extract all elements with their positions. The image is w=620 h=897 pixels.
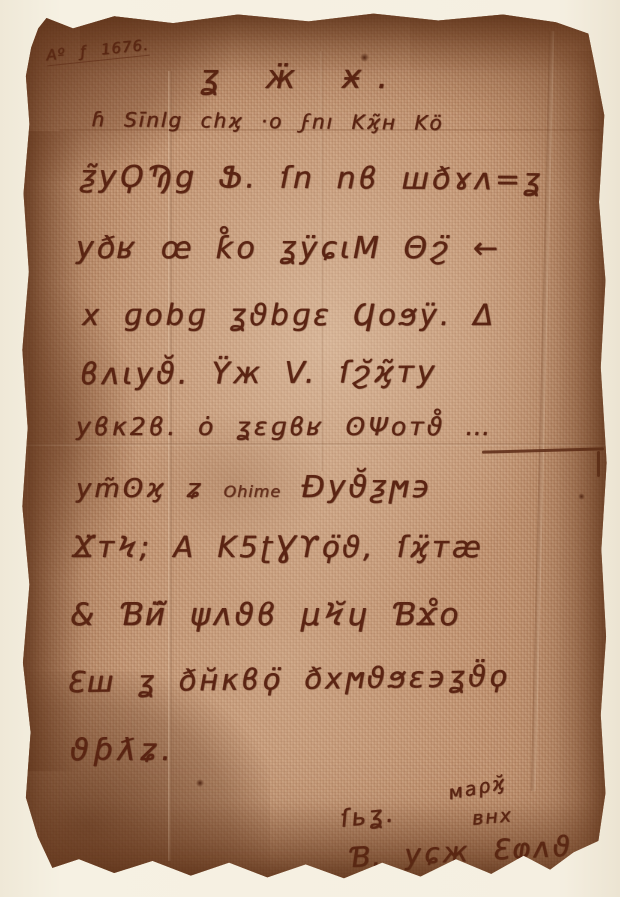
ink-speck bbox=[578, 493, 585, 500]
cipher-line-6: yϐκ2ϐ. ȯ ʓɛɡϐʁ ʘΨοтϑ̊ … bbox=[76, 412, 493, 441]
ink-stroke-horizontal bbox=[482, 447, 604, 453]
right-edge-stain bbox=[555, 51, 615, 871]
cipher-line-1: ɦ Sīnlg chϗ ·ο ϝnı Κϗ̃н Κö bbox=[92, 107, 444, 135]
signature-part-3: внх bbox=[471, 804, 514, 829]
cipher-line-3: yðʁ œ ƙ̊ο ʓӱɕιΜ Θϩ̈ ← bbox=[76, 231, 501, 266]
corner-stain-bottom-left bbox=[10, 671, 270, 891]
cipher-line-9: & Ɓӥ̃ ψʌϑϐ μϞ̆ɥ Ɓϫ̊ο bbox=[70, 597, 462, 633]
cipher-line-7-start: ym̃ʘϗ ʑ bbox=[76, 474, 203, 504]
signature-line-2: Ɓ. yɕж Ɛφʌϑ. bbox=[347, 829, 585, 874]
signature-part-2: мaρϗ̆ bbox=[446, 772, 508, 805]
cipher-line-4: x ɡοbɡ ʓϑbɡɛ Ϥοϧӱ. Δ bbox=[82, 298, 496, 332]
cipher-line-8: Ϫ̈тϞ; Α Κ5ʈƔϒϙ̈ϑ, ſϗ̈тӕ bbox=[72, 530, 484, 564]
ink-speck bbox=[196, 779, 204, 787]
horizontal-fold-line bbox=[20, 443, 609, 446]
ink-stroke-vertical bbox=[597, 451, 600, 477]
ink-speck bbox=[320, 873, 330, 880]
scan-background: Aº ƒ 1676. ʓ ӝ ӿ. ɦ Sīnlg chϗ ·ο ϝnı Κϗ̃… bbox=[0, 0, 620, 897]
signature-part-1: ſьʓ. bbox=[339, 799, 398, 833]
parchment: Aº ƒ 1676. ʓ ӝ ӿ. ɦ Sīnlg chϗ ·ο ϝnı Κϗ̃… bbox=[20, 11, 609, 880]
legible-word-ohime: Ohime bbox=[224, 482, 282, 501]
date-inscription: Aº ƒ 1676. bbox=[45, 36, 150, 67]
cipher-line-11: ϑƥƛʑ. bbox=[70, 733, 176, 768]
header-symbols: ʓ ӝ ӿ. bbox=[200, 57, 404, 96]
cipher-line-5: ϐʌιyϑ̆. Ϋж V. ſϩ̆ϗ̃тy bbox=[80, 355, 438, 392]
corner-stain-top-left bbox=[0, 0, 230, 181]
cipher-line-7-end: Ðyϑ̆ƺϻ϶ bbox=[301, 470, 432, 505]
cipher-line-10: Ɛш ʓ ðн̆κϐϙ̈ ðxϻϑϧɛ϶ʓϑ̈ϙ bbox=[66, 659, 510, 699]
cipher-line-2: ƺ̃yϘϠg Ֆ. ſn nϐ шðɤʌ=ʓ bbox=[80, 159, 544, 197]
vertical-fold-line bbox=[531, 31, 555, 791]
cipher-line-7: ym̃ʘϗ ʑ Ohime Ðyϑ̆ƺϻ϶ bbox=[76, 470, 433, 505]
